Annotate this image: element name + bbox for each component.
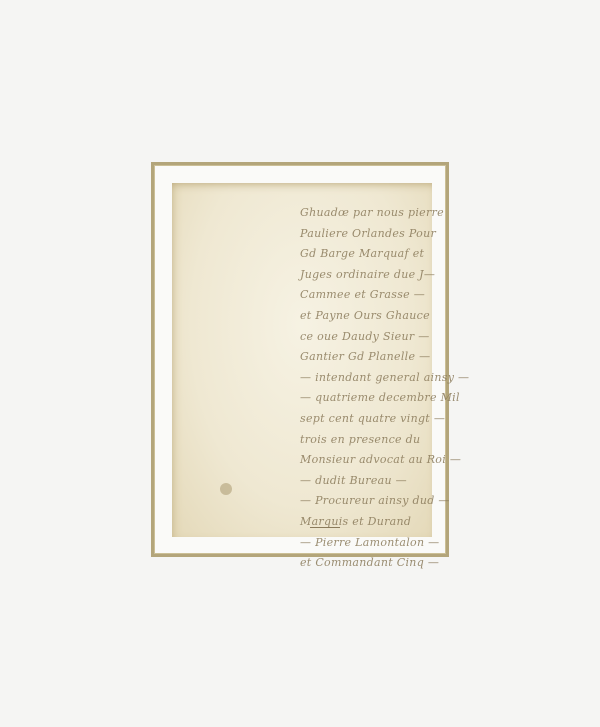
text-line: trois en presence du (300, 430, 430, 451)
text-line: et Commandant Cinq — (300, 553, 430, 574)
text-line: Juges ordinaire due J— (300, 265, 430, 286)
text-line: — quatrieme decembre Mil (300, 388, 430, 409)
handwritten-text: Ghuadœ par nous pierre Pauliere Orlandes… (300, 203, 430, 574)
text-line: Cammee et Grasse — (300, 285, 430, 306)
text-line: Pauliere Orlandes Pour (300, 224, 430, 245)
text-line: et Payne Ours Ghauce (300, 306, 430, 327)
text-line: Gantier Gd Planelle — (300, 347, 430, 368)
text-line: Ghuadœ par nous pierre (300, 203, 430, 224)
signature-flourish (310, 527, 340, 531)
text-line: — Pierre Lamontalon — (300, 533, 430, 554)
text-line: ce oue Daudy Sieur — (300, 327, 430, 348)
text-line: — Procureur ainsy dud — (300, 491, 430, 512)
text-line: sept cent quatre vingt — (300, 409, 430, 430)
text-line: Gd Barge Marquaf et (300, 244, 430, 265)
text-line: Monsieur advocat au Roi — (300, 450, 430, 471)
text-line: — intendant general ainsy — (300, 368, 430, 389)
text-line: — dudit Bureau — (300, 471, 430, 492)
ink-stain (220, 483, 232, 495)
